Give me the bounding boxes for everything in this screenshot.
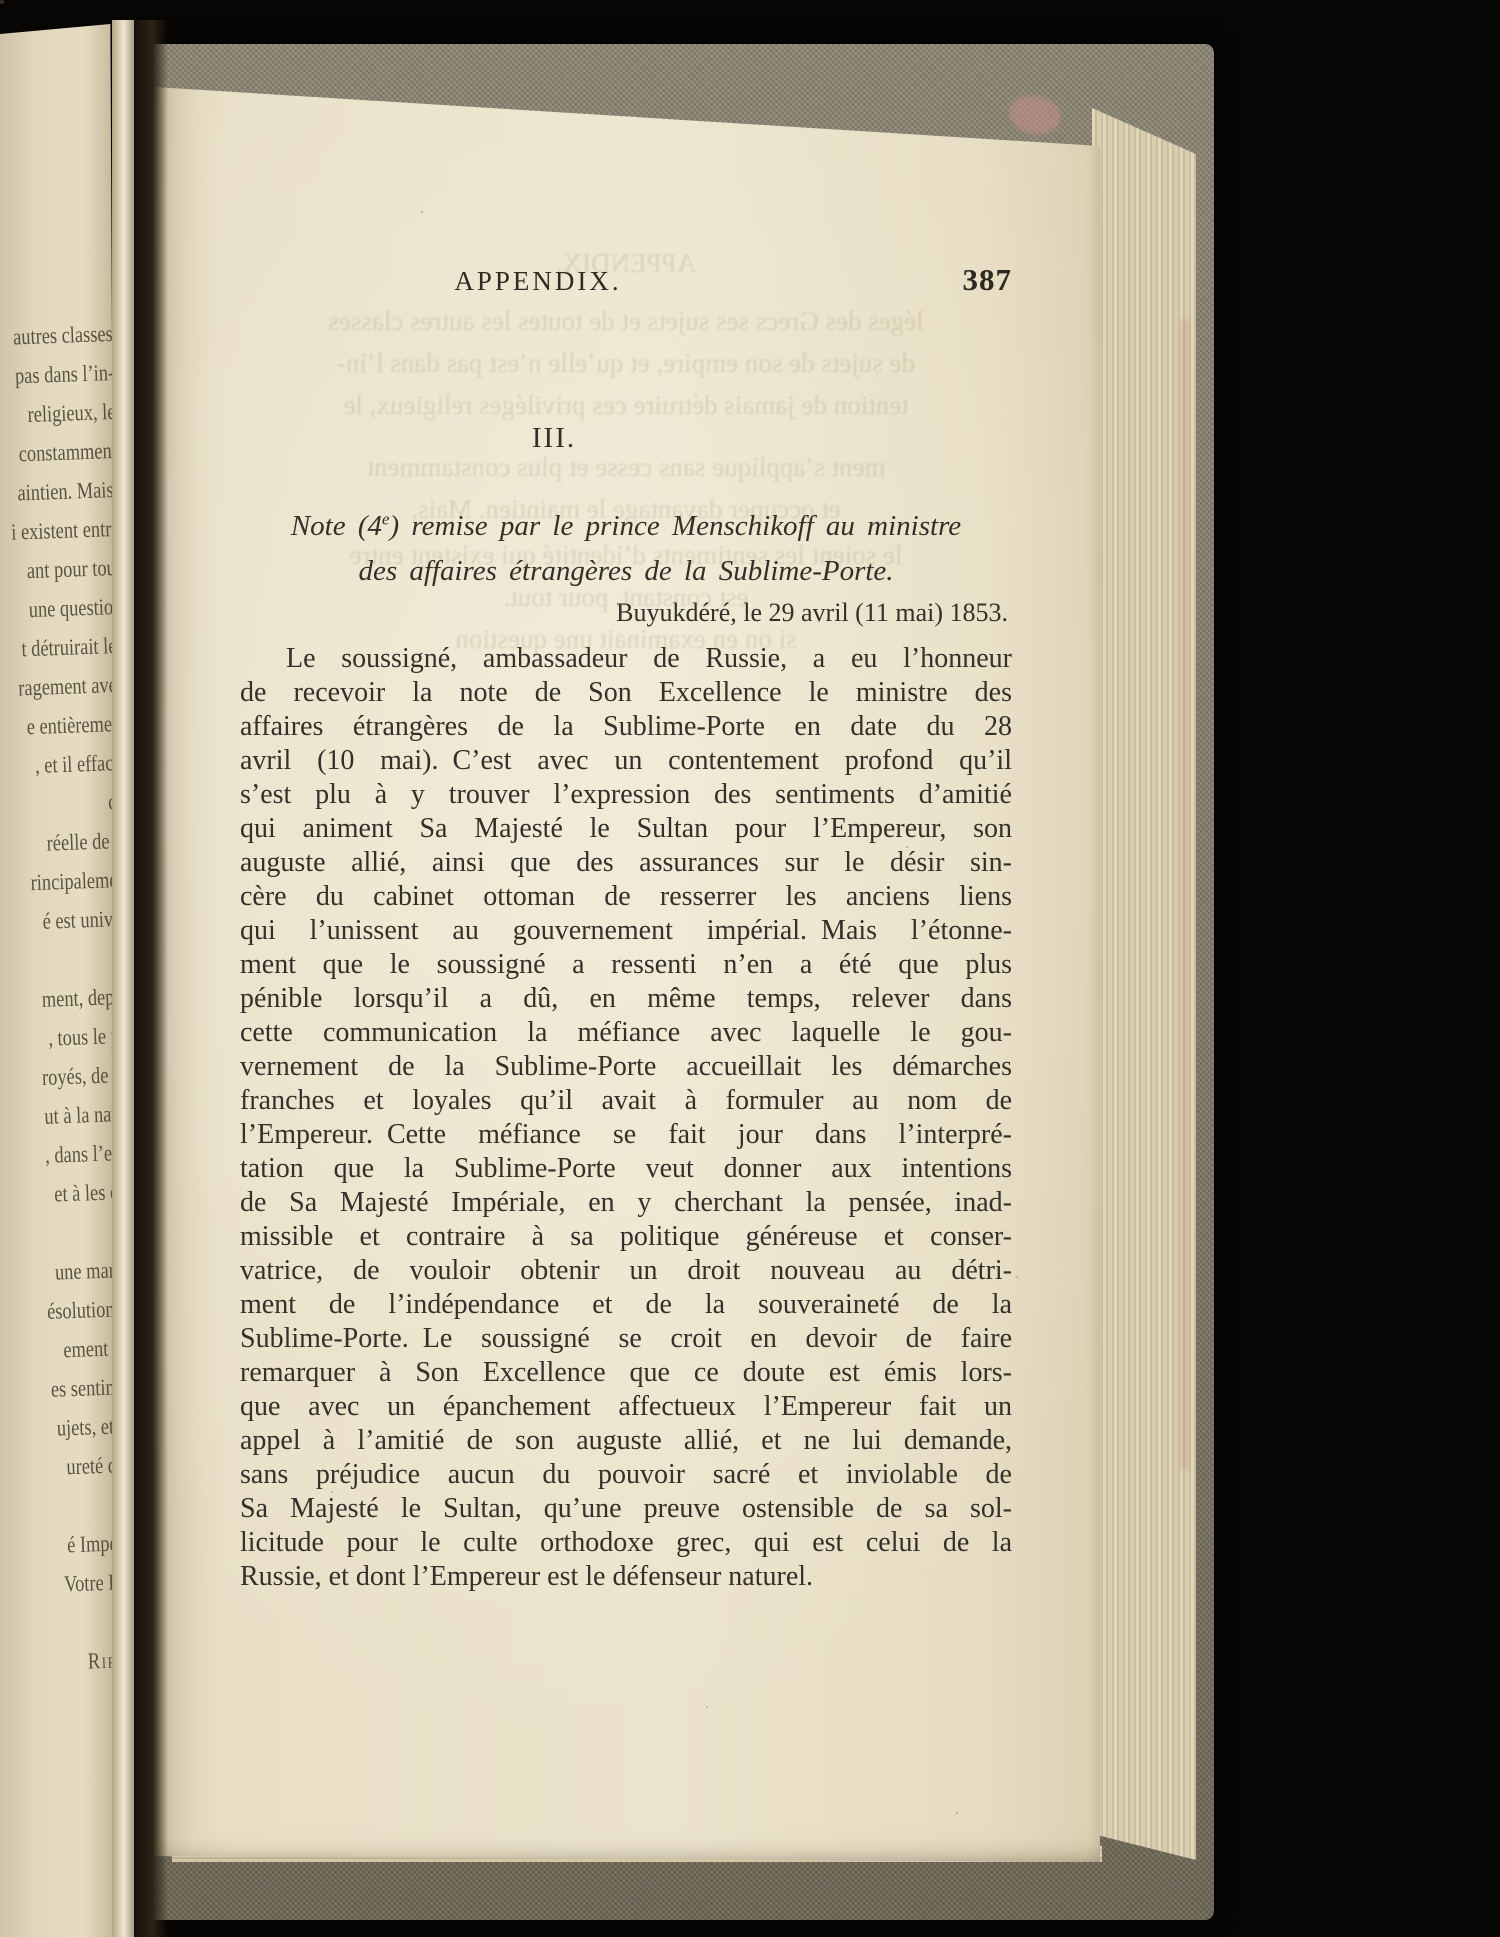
note-title: Note (4e) remise par le prince Menschiko… [240,496,1012,594]
left-page-text-fragment: une question [0,587,120,632]
body-line: vatrice, de vouloir obtenir un droit nou… [240,1254,1012,1288]
gutter-shadow [134,20,168,1937]
left-page-text-fragment: e entièrement [0,704,120,749]
left-page-text-fragment: royés, de son [0,1055,120,1100]
left-page-text-fragment: et à les con- [0,1171,120,1216]
left-page-text-fragment [0,1600,120,1645]
running-head: APPENDIX. [454,266,621,297]
left-page: autres classes pas dans l’in- religieux,… [0,24,120,1937]
body-line: licitude pour le culte orthodoxe grec, q… [240,1526,1012,1560]
body-line: tation que la Sublime-Porte veut donner … [240,1152,1012,1186]
body-line: Sublime-Porte. Le soussigné se croit en … [240,1322,1012,1356]
left-page-text-fragment [0,938,120,983]
left-page-text-column: autres classes pas dans l’in- religieux,… [0,314,120,1685]
body-line: vernement de la Sublime-Porte accueillai… [240,1050,1012,1084]
body-line: de Sa Majesté Impériale, en y cherchant … [240,1186,1012,1220]
left-page-text-fragment: ureté de ses [0,1444,120,1489]
left-page-text-fragment: ir. [0,1210,120,1255]
left-page-text-fragment: , tous le pri- [0,1016,120,1061]
body-line: franches et loyales qu’il avait à formul… [240,1084,1012,1118]
body-line: Le soussigné, ambassadeur de Russie, a e… [240,642,1012,676]
left-page-text-fragment: ement de la [0,1327,120,1372]
body-line: ment que le soussigné a ressenti n’en a … [240,948,1012,982]
book-photo: autres classes pas dans l’in- religieux,… [0,0,1500,1937]
left-page-text-fragment: é est univer- [0,899,120,944]
body-line: appel à l’amitié de son auguste allié, e… [240,1424,1012,1458]
left-page-text-fragment: ant pour tout [0,548,120,593]
page-edge-pink-tint [1180,320,1189,1470]
body-line: avril (10 mai). C’est avec un contenteme… [240,744,1012,778]
dateline: Buyukdéré, le 29 avril (11 mai) 1853. [240,598,1012,628]
paper-specks [0,0,4,4]
body-line: que avec un épanchement affectueux l’Emp… [240,1390,1012,1424]
left-page-text-fragment: es sentiments [0,1366,120,1411]
left-page-text-fragment: Votre Excel- [0,1561,120,1606]
page-header: APPENDIX. 387 [240,266,1012,306]
note-title-line1: Note (4e) remise par le prince Menschiko… [291,510,961,542]
left-page-text-fragment: ment, depuis [0,977,120,1022]
left-page-text-fragment: une manière [0,1249,120,1294]
superscript-e: e [382,509,389,528]
body-line: remarquer à Son Excellence que ce doute … [240,1356,1012,1390]
body-line: cère du cabinet ottoman de resserrer les… [240,880,1012,914]
left-page-text-fragment: rincipalement [0,860,120,905]
body-line: Sa Majesté le Sultan, qu’une preuve oste… [240,1492,1012,1526]
body-line: pénible lorsqu’il a dû, en même temps, r… [240,982,1012,1016]
body-line: missible et contraire à sa politique gén… [240,1220,1012,1254]
left-page-text-fragment: ragement avec [0,665,120,710]
body-line: sans préjudice aucun du pouvoir sacré et… [240,1458,1012,1492]
note-title-line2: des affaires étrangères de la Sublime-Po… [358,555,893,587]
body-line: qui animent Sa Majesté le Sultan pour l’… [240,812,1012,846]
body-line: s’est plu à y trouver l’expression des s… [240,778,1012,812]
body-line: l’Empereur. Cette méfiance se fait jour … [240,1118,1012,1152]
note-body: Le soussigné, ambassadeur de Russie, a e… [240,642,1012,1594]
section-number: III. [168,422,940,455]
body-line: auguste allié, ainsi que des assurances … [240,846,1012,880]
left-page-text-fragment: t détruirait les [0,626,120,671]
left-page-text-fragment [0,1483,120,1528]
left-page-text-fragment: , dans l’exer- [0,1133,120,1178]
body-line: qui l’unissent au gouvernement impérial.… [240,914,1012,948]
left-page-text-fragment: é Impériale, [0,1522,120,1567]
left-page-text-fragment: réelle de ce [0,821,120,866]
left-page-signature-fragment: Rifa’at. [0,1639,120,1684]
left-page-text-fragment: ésolution sin- [0,1288,120,1333]
left-page-text-fragment: , et il efface- [0,743,120,788]
page-number: 387 [963,262,1013,298]
body-line: Russie, et dont l’Empereur est le défens… [240,1560,1012,1594]
left-page-text-fragment: ut à la nation [0,1094,120,1139]
left-page-text-fragment: ce. [0,782,120,827]
body-line: affaires étrangères de la Sublime-Porte … [240,710,1012,744]
body-line: de recevoir la note de Son Excellence le… [240,676,1012,710]
left-page-text-fragment: ujets, et il ne [0,1405,120,1450]
body-line: ment de l’indépendance et de la souverai… [240,1288,1012,1322]
body-line: cette communication la méfiance avec laq… [240,1016,1012,1050]
